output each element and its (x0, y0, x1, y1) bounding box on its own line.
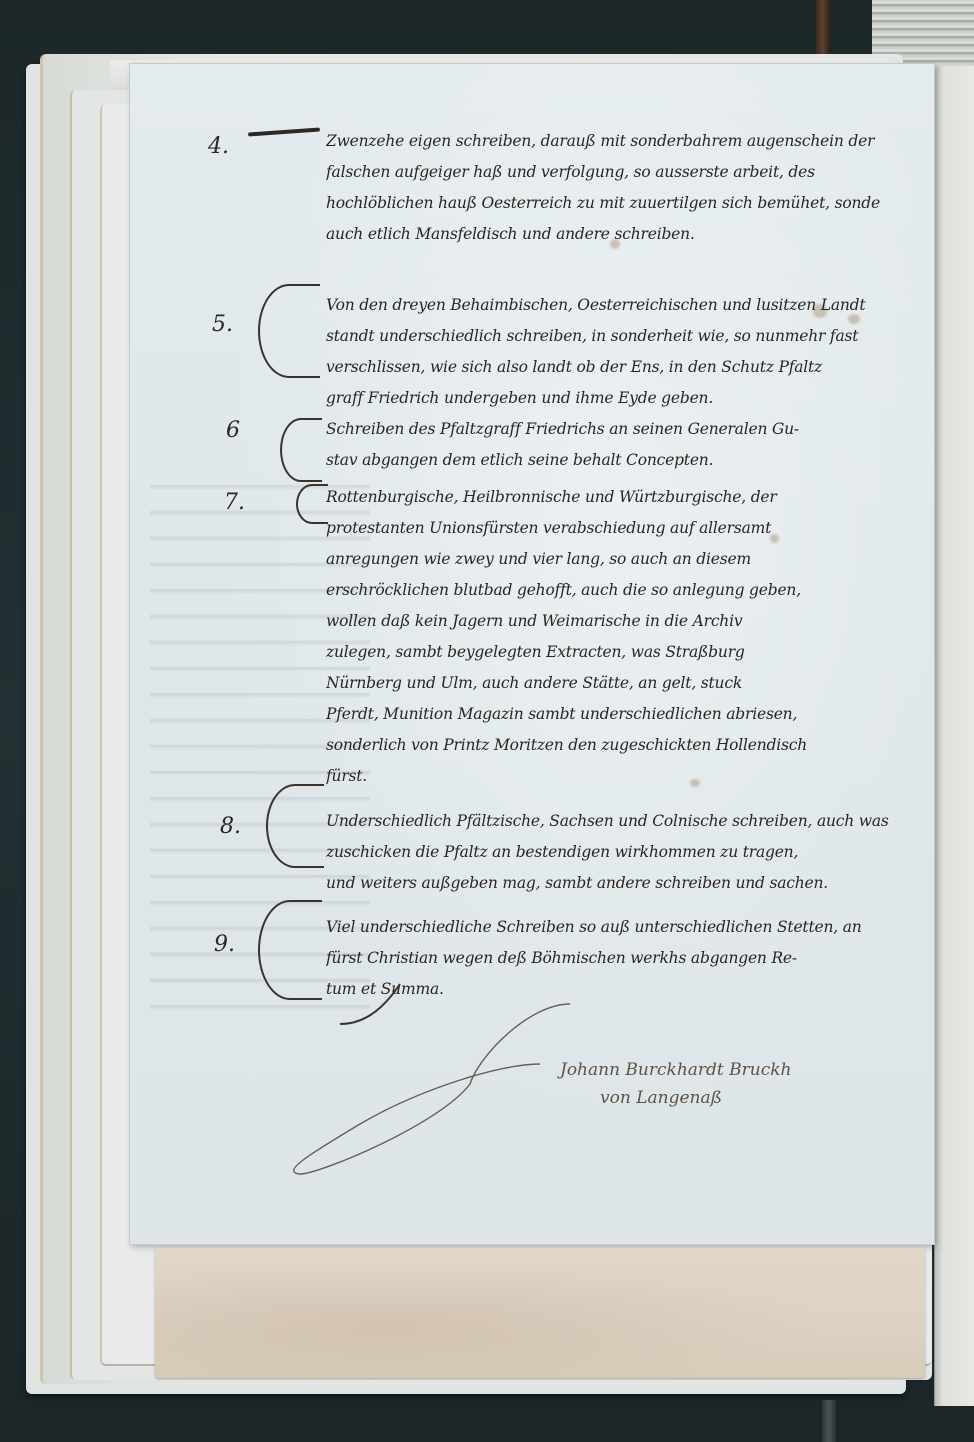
flourish-initial (280, 418, 322, 482)
text-line: Schreiben des Pfaltzgraff Friedrichs an … (326, 414, 926, 445)
text-line: verschlissen, wie sich also landt ob der… (326, 352, 926, 383)
text-line: Rottenburgische, Heilbronnische und Würt… (326, 482, 926, 513)
text-line: standt underschiedlich schreiben, in son… (326, 321, 926, 352)
signature: Johann Burckhardt Bruckh von Langenaß (430, 994, 810, 1114)
flourish-initial (266, 784, 324, 868)
text-line: zuschicken die Pfaltz an bestendigen wir… (326, 837, 926, 868)
item-number: 7. (224, 490, 245, 515)
item-number: 5. (212, 312, 233, 337)
item-number: 9. (214, 932, 235, 957)
text-line: anregungen wie zwey und vier lang, so au… (326, 544, 926, 575)
item-number: 6 (226, 418, 240, 443)
text-line: Zwenzehe eigen schreiben, darauß mit son… (326, 126, 926, 157)
text-line: Von den dreyen Behaimbischen, Oesterreic… (326, 290, 926, 321)
item-text: Underschiedlich Pfältzische, Sachsen und… (326, 806, 926, 899)
text-line: graff Friedrich undergeben und ihme Eyde… (326, 383, 926, 414)
text-line: protestanten Unionsfürsten verabschiedun… (326, 513, 926, 544)
item-number: 4. (208, 134, 229, 159)
flourish-initial (258, 284, 320, 378)
item-number: 8. (220, 814, 241, 839)
text-line: Underschiedlich Pfältzische, Sachsen und… (326, 806, 926, 837)
flourish-initial (258, 900, 322, 1000)
signature-place: von Langenaß (600, 1088, 722, 1108)
text-line: fürst Christian wegen deß Böhmischen wer… (326, 943, 926, 974)
text-line: Pferdt, Munition Magazin sambt underschi… (326, 699, 926, 730)
text-line: hochlöblichen hauß Oesterreich zu mit zu… (326, 188, 926, 219)
signature-name: Johann Burckhardt Bruckh (560, 1060, 792, 1080)
flourish-stroke (248, 127, 320, 136)
text-line: fürst. (326, 761, 926, 792)
item-text: Schreiben des Pfaltzgraff Friedrichs an … (326, 414, 926, 476)
item-text: Rottenburgische, Heilbronnische und Würt… (326, 482, 926, 792)
text-line: sonderlich von Printz Moritzen den zuges… (326, 730, 926, 761)
item-text: Zwenzehe eigen schreiben, darauß mit son… (326, 126, 926, 250)
text-line: stav abgangen dem etlich seine behalt Co… (326, 445, 926, 476)
adjacent-page-right (934, 66, 974, 1406)
paper-repair-strip (155, 1248, 925, 1378)
text-line: und weiters außgeben mag, sambt andere s… (326, 868, 926, 899)
text-line: erschröcklichen blutbad gehofft, auch di… (326, 575, 926, 606)
text-line: zulegen, sambt beygelegten Extracten, wa… (326, 637, 926, 668)
text-line: wollen daß kein Jagern und Weimarische i… (326, 606, 926, 637)
text-line: Viel underschiedliche Schreiben so auß u… (326, 912, 926, 943)
manuscript-sheet: 4. Zwenzehe eigen schreiben, darauß mit … (130, 64, 934, 1244)
flourish-initial (296, 484, 328, 524)
text-line: falschen aufgeiger haß und verfolgung, s… (326, 157, 926, 188)
binding-edge-bottom (822, 1400, 836, 1442)
item-text: Viel underschiedliche Schreiben so auß u… (326, 912, 926, 1005)
binding-edge-top (816, 0, 830, 60)
text-line: auch etlich Mansfeldisch und andere schr… (326, 219, 926, 250)
text-line: Nürnberg und Ulm, auch andere Stätte, an… (326, 668, 926, 699)
item-text: Von den dreyen Behaimbischen, Oesterreic… (326, 290, 926, 414)
